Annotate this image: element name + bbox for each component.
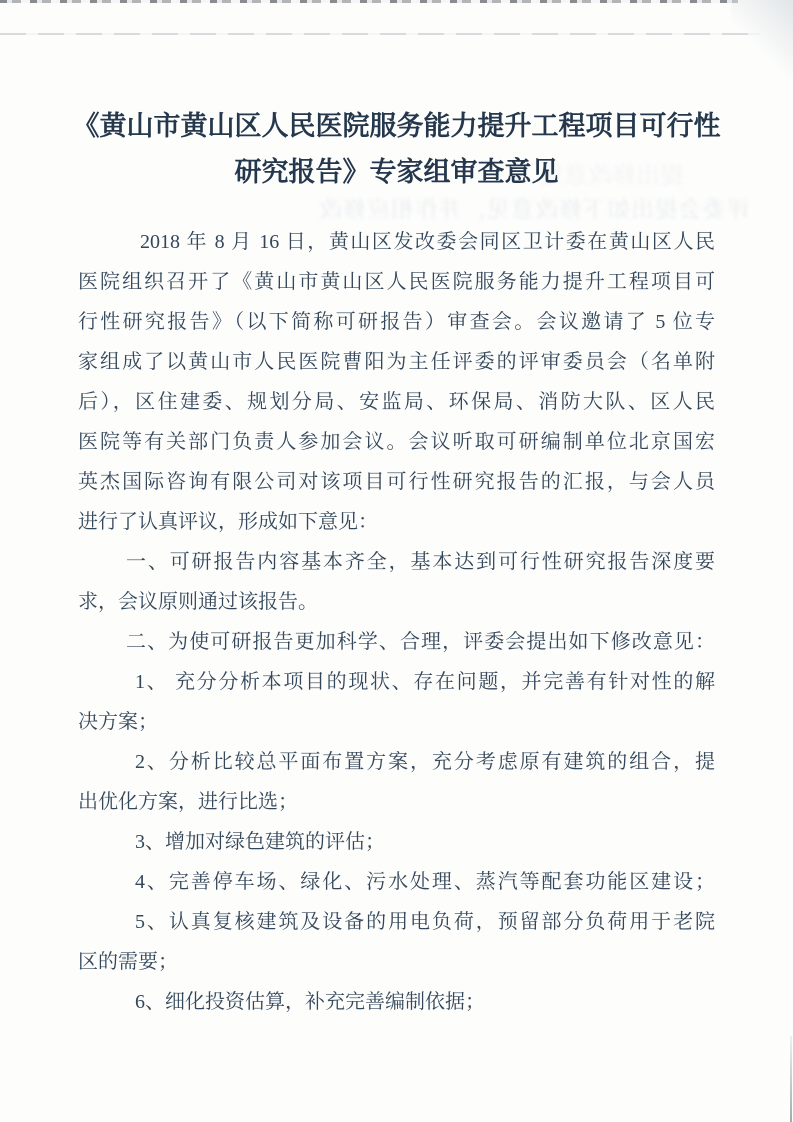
document-title-line-2: 研究报告》专家组审查意见 [0,149,793,195]
document-line: 决方案； [78,702,715,742]
document-line: 区的需要； [78,942,715,982]
document-body: 2018 年 8 月 16 日，黄山区发改委会同区卫计委在黄山区人民医院组织召开… [78,222,715,1022]
document-line: 3、增加对绿色建筑的评估； [78,822,715,862]
document-line: 医院等有关部门负责人参加会议。会议听取可研编制单位北京国宏 [78,422,715,462]
document-line: 一、可研报告内容基本齐全，基本达到可行性研究报告深度要 [78,542,715,582]
scan-artifact-right-edge [790,1036,792,1122]
document-line: 4、完善停车场、绿化、污水处理、蒸汽等配套功能区建设； [78,862,715,902]
document-line: 2018 年 8 月 16 日，黄山区发改委会同区卫计委在黄山区人民 [78,222,715,262]
document-title: 《黄山市黄山区人民医院服务能力提升工程项目可行性 研究报告》专家组审查意见 [0,103,793,195]
document-line: 6、细化投资估算，补充完善编制依据； [78,982,715,1022]
bleed-through-text-row: 评委会提出如下修改意见，并作相应修改 [318,191,750,224]
document-line: 5、认真复核建筑及设备的用电负荷，预留部分负荷用于老院 [78,902,715,942]
document-line: 英杰国际咨询有限公司对该项目可行性研究报告的汇报，与会人员 [78,462,715,502]
document-line: 求，会议原则通过该报告。 [78,582,715,622]
scan-artifact-fold-line [0,33,760,35]
document-line: 2、分析比较总平面布置方案，充分考虑原有建筑的组合，提 [78,742,715,782]
document-line: 后），区住建委、规划分局、安监局、环保局、消防大队、区人民 [78,382,715,422]
document-line: 1、 充分分析本项目的现状、存在问题，并完善有针对性的解 [78,662,715,702]
document-title-line-1: 《黄山市黄山区人民医院服务能力提升工程项目可行性 [0,103,793,149]
scan-artifact-corner-shade [731,0,793,78]
document-line: 进行了认真评议，形成如下意见： [78,502,715,542]
document-line: 家组成了以黄山市人民医院曹阳为主任评委的评审委员会（名单附 [78,342,715,382]
document-line: 医院组织召开了《黄山市黄山区人民医院服务能力提升工程项目可 [78,262,715,302]
document-line: 行性研究报告》（以下简称可研报告）审查会。会议邀请了 5 位专 [78,302,715,342]
document-line: 出优化方案，进行比选； [78,782,715,822]
document-line: 二、为使可研报告更加科学、合理，评委会提出如下修改意见： [78,622,715,662]
scanned-document-page: 《黄山市黄山区人民医院服务能力提升工程项目可行性 研究报告》专家组审查意见 提出… [0,0,793,1122]
scan-artifact-top-edge [0,0,738,3]
